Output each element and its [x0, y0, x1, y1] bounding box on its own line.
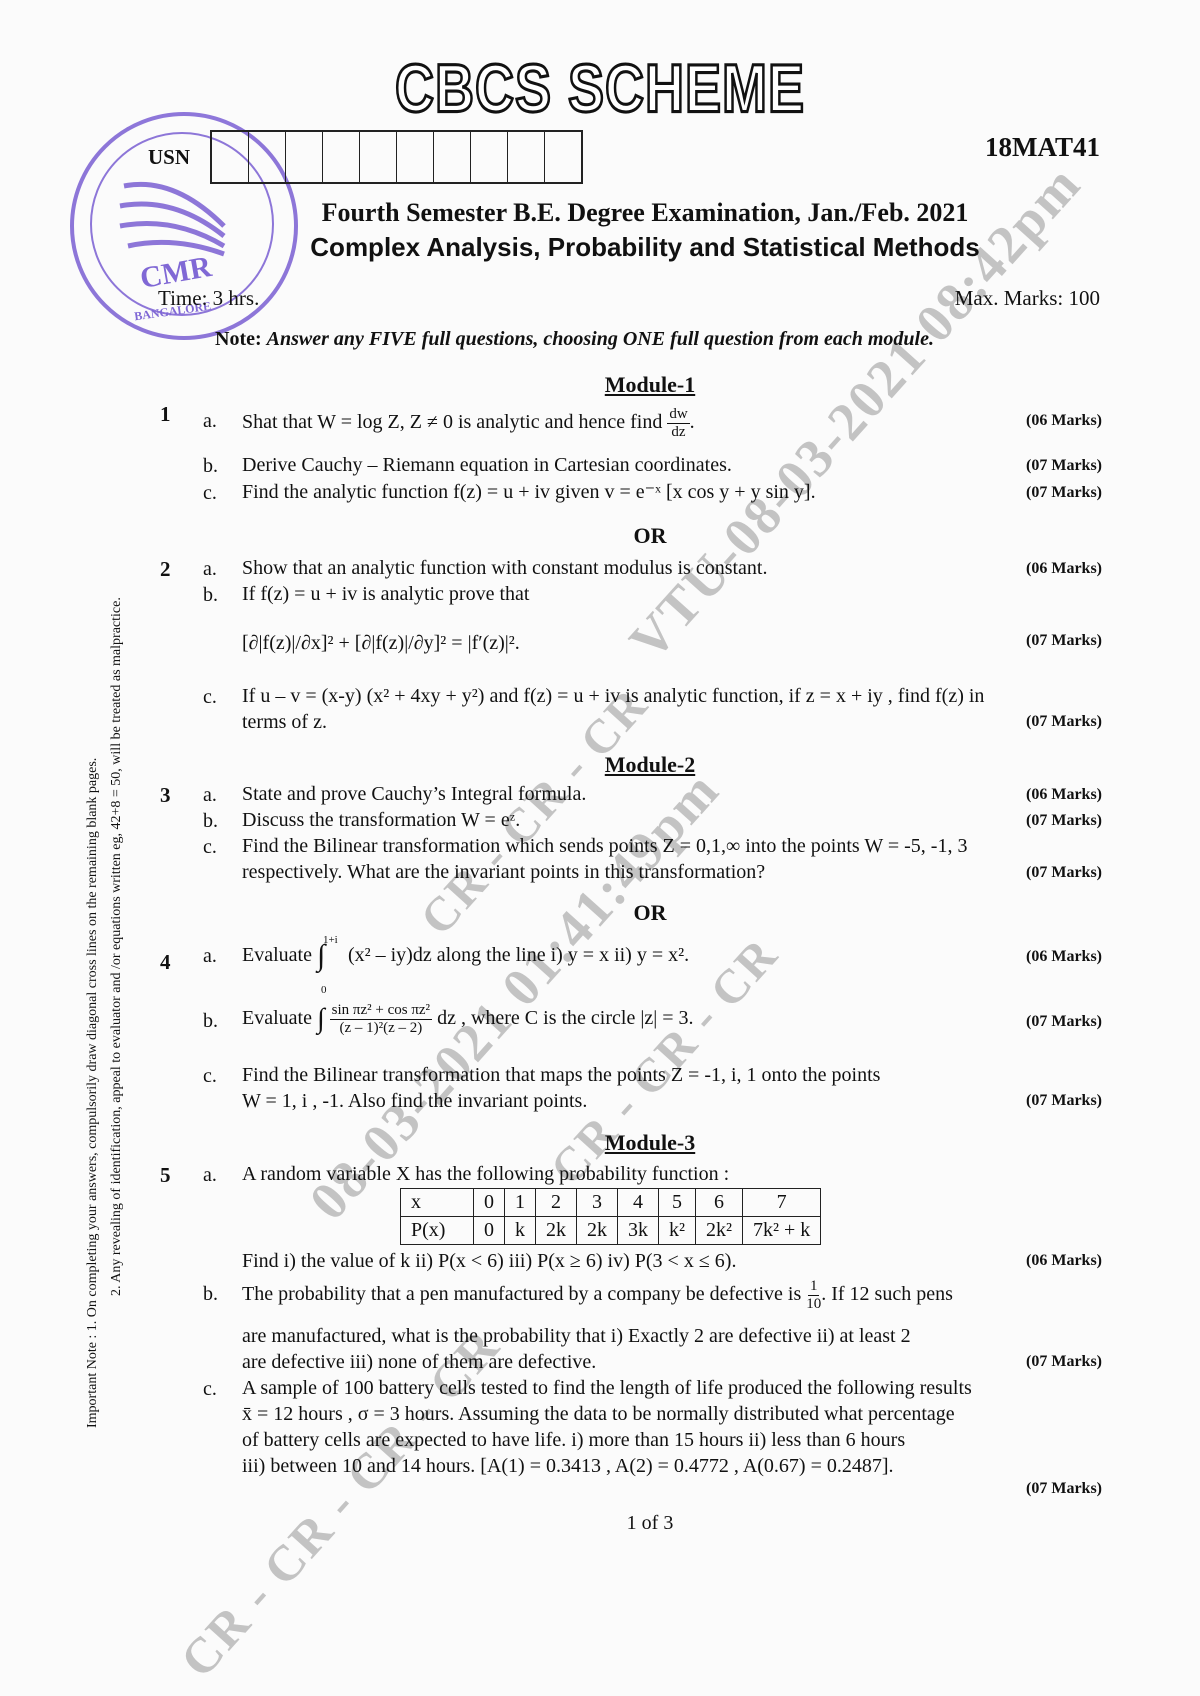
question-4a: Evaluate ∫1+i0 (x² – iy)dz along the lin… [242, 942, 1112, 969]
question-4c-cont: W = 1, i , -1. Also find the invariant p… [242, 1088, 1112, 1114]
table-cell-x: 1 [505, 1189, 536, 1217]
instructions-note: Note: Answer any FIVE full questions, ch… [215, 328, 934, 351]
question-5b-cont2: are defective iii) none of them are defe… [242, 1349, 1112, 1375]
question-1a: Shat that W = log Z, Z ≠ 0 is analytic a… [242, 406, 1112, 441]
part-label: a. [203, 945, 217, 968]
marks: (07 Marks) [1026, 713, 1102, 731]
marks: (07 Marks) [1026, 457, 1102, 475]
question-3a: State and prove Cauchy’s Integral formul… [242, 781, 1112, 807]
marks: (07 Marks) [1026, 1480, 1102, 1498]
question-2c: If u – v = (x-y) (x² + 4xy + y²) and f(z… [242, 683, 1112, 709]
max-marks: Max. Marks: 100 [955, 286, 1100, 311]
question-2b-formula: [∂|f(z)|/∂x]² + [∂|f(z)|/∂y]² = |f′(z)|²… [242, 630, 1112, 656]
table-cell-x: 6 [696, 1189, 743, 1217]
usn-digit-box[interactable] [471, 132, 508, 182]
marks: (06 Marks) [1026, 1252, 1102, 1270]
side-note-line2: 2. Any revealing of identification, appe… [108, 597, 126, 1296]
marks: (06 Marks) [1026, 412, 1102, 430]
question-1b: Derive Cauchy – Riemann equation in Cart… [242, 452, 1112, 478]
marks: (06 Marks) [1026, 948, 1102, 966]
usn-digit-box[interactable] [360, 132, 397, 182]
table-cell-p: 0 [474, 1217, 505, 1245]
fraction: 110 [806, 1278, 821, 1313]
module-1-heading: Module-1 [0, 372, 1200, 398]
subject-title: Complex Analysis, Probability and Statis… [0, 232, 1200, 263]
part-label: b. [203, 584, 218, 607]
table-cell-p: 7k² + k [743, 1217, 821, 1245]
table-header-p: P(x) [401, 1217, 474, 1245]
table-cell-x: 2 [536, 1189, 577, 1217]
scheme-title: CBCS SCHEME [0, 50, 1200, 128]
question-text: Shat that W = log Z, Z ≠ 0 is analytic a… [242, 411, 662, 433]
part-label: a. [203, 1164, 217, 1187]
table-cell-p: k [505, 1217, 536, 1245]
usn-digit-box[interactable] [434, 132, 471, 182]
part-label: c. [203, 836, 217, 859]
exam-time: Time: 3 hrs. [158, 286, 259, 311]
table-cell-x: 4 [618, 1189, 659, 1217]
question-4b: Evaluate ∫ sin πz² + cos πz²(z – 1)²(z –… [242, 1002, 1112, 1037]
part-label: b. [203, 1010, 218, 1033]
or-divider: OR [0, 523, 1200, 549]
exam-title: Fourth Semester B.E. Degree Examination,… [0, 198, 1200, 228]
usn-input-boxes[interactable] [210, 130, 583, 184]
part-label: c. [203, 482, 217, 505]
fraction: dwdz [667, 406, 689, 441]
page-number: 1 of 3 [0, 1512, 1200, 1535]
marks: (07 Marks) [1026, 1353, 1102, 1371]
module-2-heading: Module-2 [0, 752, 1200, 778]
contour-integral-icon: ∫ [317, 1004, 325, 1035]
usn-digit-box[interactable] [249, 132, 286, 182]
question-5c-cont3: iii) between 10 and 14 hours. [A(1) = 0.… [242, 1453, 1112, 1479]
table-cell-p: 3k [618, 1217, 659, 1245]
question-2b: If f(z) = u + iv is analytic prove that [242, 581, 1112, 607]
table-cell-x: 7 [743, 1189, 821, 1217]
marks: (07 Marks) [1026, 632, 1102, 650]
table-cell-x: 3 [577, 1189, 618, 1217]
side-note-line1: Important Note : 1. On completing your a… [84, 758, 102, 1428]
usn-digit-box[interactable] [508, 132, 545, 182]
usn-digit-box[interactable] [286, 132, 323, 182]
marks: (07 Marks) [1026, 864, 1102, 882]
question-5c-cont2: of battery cells are expected to have li… [242, 1427, 1112, 1453]
table-cell-p: k² [659, 1217, 696, 1245]
question-number-1: 1 [160, 402, 171, 427]
note-text: Answer any FIVE full questions, choosing… [267, 328, 934, 350]
table-cell-x: 5 [659, 1189, 696, 1217]
question-5c-cont: x̄ = 12 hours , σ = 3 hours. Assuming th… [242, 1401, 1112, 1427]
question-number-5: 5 [160, 1163, 171, 1188]
question-5c: A sample of 100 battery cells tested to … [242, 1375, 1112, 1401]
question-number-3: 3 [160, 783, 171, 808]
usn-digit-box[interactable] [545, 132, 581, 182]
question-2c-cont: terms of z. [242, 709, 1112, 735]
marks: (07 Marks) [1026, 1092, 1102, 1110]
usn-label: USN [148, 145, 190, 170]
module-3-heading: Module-3 [0, 1130, 1200, 1156]
question-number-4: 4 [160, 950, 171, 975]
table-cell-x: 0 [474, 1189, 505, 1217]
or-divider: OR [0, 900, 1200, 926]
usn-digit-box[interactable] [212, 132, 249, 182]
part-label: c. [203, 686, 217, 709]
part-label: c. [203, 1378, 217, 1401]
table-header-x: x [401, 1189, 474, 1217]
table-cell-p: 2k [536, 1217, 577, 1245]
part-label: b. [203, 810, 218, 833]
subject-code: 18MAT41 [985, 132, 1100, 163]
question-5b-cont: are manufactured, what is the probabilit… [242, 1323, 1112, 1349]
marks: (06 Marks) [1026, 560, 1102, 578]
question-5a-find: Find i) the value of k ii) P(x < 6) iii)… [242, 1248, 1112, 1274]
marks: (07 Marks) [1026, 484, 1102, 502]
fraction: sin πz² + cos πz²(z – 1)²(z – 2) [330, 1002, 432, 1037]
question-5a: A random variable X has the following pr… [242, 1161, 1112, 1187]
usn-digit-box[interactable] [323, 132, 360, 182]
marks: (06 Marks) [1026, 786, 1102, 804]
integral-icon: ∫1+i0 [317, 943, 343, 969]
part-label: a. [203, 558, 217, 581]
probability-table: x01234567 P(x)0k2k2k3kk²2k²7k² + k [400, 1188, 821, 1245]
part-label: b. [203, 1283, 218, 1306]
question-number-2: 2 [160, 557, 171, 582]
marks: (07 Marks) [1026, 812, 1102, 830]
marks: (07 Marks) [1026, 1013, 1102, 1031]
usn-digit-box[interactable] [397, 132, 434, 182]
part-label: b. [203, 455, 218, 478]
table-cell-p: 2k² [696, 1217, 743, 1245]
question-2a: Show that an analytic function with cons… [242, 555, 1112, 581]
part-label: c. [203, 1065, 217, 1088]
question-4c: Find the Bilinear transformation that ma… [242, 1062, 1112, 1088]
table-cell-p: 2k [577, 1217, 618, 1245]
question-3b: Discuss the transformation W = eᶻ. [242, 807, 1112, 833]
question-5b: The probability that a pen manufactured … [242, 1278, 1112, 1313]
note-label: Note: [215, 328, 262, 350]
part-label: a. [203, 784, 217, 807]
question-1c: Find the analytic function f(z) = u + iv… [242, 479, 1112, 505]
part-label: a. [203, 410, 217, 433]
question-3c-cont: respectively. What are the invariant poi… [242, 859, 1112, 885]
question-3c: Find the Bilinear transformation which s… [242, 833, 1112, 859]
